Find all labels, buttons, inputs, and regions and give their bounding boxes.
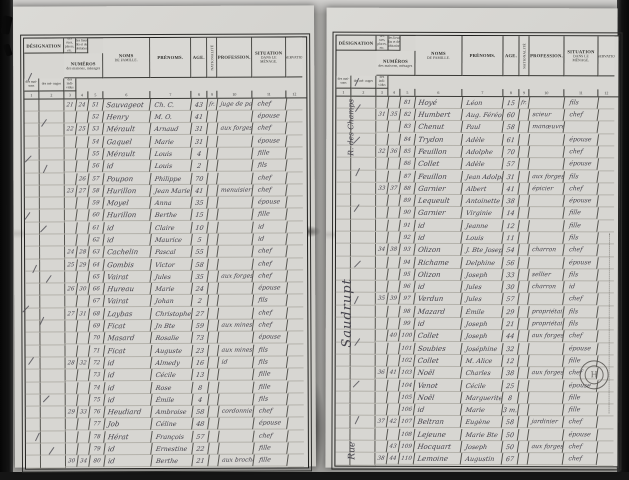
cell-age: 4 [191, 148, 209, 160]
cell-prenom: Céline [151, 418, 194, 430]
cell-situation: fils [563, 232, 599, 244]
cell-prenom: Joseph [461, 269, 504, 281]
cell-situation: fille [563, 392, 599, 404]
cell-profession [528, 404, 565, 416]
cell-nom-famille: Mérault [103, 148, 152, 161]
cell-age: 2 [191, 160, 209, 172]
census-row: 95OlizonJoseph33sellierfils [336, 269, 618, 282]
census-row: 94RichameDelphine56épouse [336, 256, 618, 269]
cell-nom-famille: Ficat [104, 320, 153, 333]
cell-profession [528, 392, 565, 404]
archives-stamp: H [580, 360, 609, 389]
cell-designation-lieux [41, 431, 66, 443]
cell-situation: épouse [563, 257, 599, 269]
cell-designation-rues [336, 195, 351, 207]
cell-profession [217, 221, 254, 233]
cell-nom-famille: id [414, 232, 463, 244]
cell-nom-famille: Hurillon [103, 209, 152, 222]
cell-observations [288, 381, 304, 393]
cell-age: 38 [502, 195, 520, 207]
census-row: 323685FeuillonAdolphe70chef [336, 146, 618, 159]
cell-nom-famille: id [103, 222, 152, 235]
cell-prenom: Joseph [461, 318, 504, 330]
cell-age: 31 [191, 123, 209, 135]
cell-age: 58 [191, 258, 209, 270]
cell-prenom: Ch. C. [150, 99, 193, 111]
cell-profession: sellier [528, 269, 565, 281]
cell-prenom: Christophe [151, 308, 194, 320]
header-prenoms: PRÉNOMS. [150, 38, 191, 78]
cell-situation: chef [252, 98, 288, 110]
cell-prenom: Maurice [150, 234, 193, 246]
cell-nom-famille: Hocquart [414, 441, 463, 453]
cell-situation: fils [253, 356, 289, 368]
cell-designation-lieux [41, 370, 66, 382]
cell-designation-lieux [40, 148, 65, 160]
cell-age: 60 [502, 109, 520, 121]
cell-prenom: Paul [461, 121, 504, 133]
cell-profession: aux mines [218, 344, 255, 356]
cell-designation-lieux [40, 161, 65, 173]
cell-situation: fils [563, 97, 599, 109]
cell-designation-rues [25, 148, 40, 160]
cell-prenom: Jules [461, 293, 504, 305]
cell-designation-rues [336, 207, 351, 219]
cell-age: 3 m. [502, 404, 520, 416]
cell-profession: aux broches [218, 455, 255, 467]
cell-prenom: M. Alice [461, 355, 504, 367]
cell-profession [217, 148, 254, 160]
cell-profession [217, 246, 254, 258]
cell-nom-famille: Trydon [414, 133, 463, 145]
cell-observations [288, 369, 304, 381]
cell-situation: fils [252, 160, 288, 172]
cell-nom-famille: Lejeune [414, 429, 463, 441]
header-nationalite: NATIONALITÉ [207, 38, 217, 78]
cell-designation-rues [336, 219, 351, 231]
cell-designation-lieux [41, 419, 66, 431]
cell-prenom: Marie [150, 283, 193, 295]
cell-nom-famille: Noël [414, 392, 463, 404]
header-age: AGE. [503, 36, 519, 76]
cell-profession: menuisier [217, 184, 254, 196]
cell-age: 31 [502, 171, 520, 183]
cell-prenom: Antoinette [461, 195, 504, 207]
cell-profession [217, 160, 254, 172]
header-num-menages: des mé- nages [39, 78, 64, 91]
cell-prenom: Jean Marie [150, 185, 193, 197]
header-numeros: NUMÉROS des maisons, ménages [376, 51, 415, 76]
cell-designation-rues [26, 456, 41, 468]
cell-situation: épouse [252, 135, 288, 147]
cell-age: 35 [191, 197, 209, 209]
census-row: 87FeuillonJean Adolphe31aux forgesfils [336, 170, 618, 183]
cell-observations [598, 171, 614, 183]
cell-designation-lieux [39, 111, 64, 123]
cell-profession: propriétaire [528, 318, 565, 330]
cell-age: 30 [502, 281, 520, 293]
census-row: 102ColletM. Alice12fille [336, 355, 618, 368]
cell-situation: fille [253, 442, 289, 454]
cell-prenom: Arnaud [150, 123, 193, 135]
cell-prenom: J. Bte Joseph [461, 244, 504, 256]
cell-prenom: François [151, 431, 194, 443]
cell-age: 50 [502, 441, 520, 453]
cell-observations [288, 406, 304, 418]
census-row: 81HoyéLéon15fr.fils [336, 96, 618, 109]
cell-nom-famille: Soubies [414, 343, 463, 355]
cell-observations [598, 220, 614, 232]
cell-observations [598, 109, 614, 121]
cell-age: 43 [191, 99, 209, 111]
cell-designation-rues [26, 394, 41, 406]
cell-profession: aux forges [528, 171, 565, 183]
cell-observations [286, 98, 302, 110]
header-designation-sub-rues: des rues, places, etc. [376, 36, 388, 51]
census-row: 84TrydonAdèle61épouse [336, 133, 618, 146]
table-body-left: 212451SauvageotCh. C.43fr.juge de paixch… [24, 98, 308, 468]
cell-nom-famille: id [104, 455, 153, 468]
cell-profession [528, 97, 565, 109]
cell-situation: chef [563, 417, 599, 429]
cell-profession: épicier [528, 183, 565, 195]
census-row: 54GaquelMarie31épouse [25, 135, 307, 149]
census-row: 2657PouponPhilippe70chef [25, 172, 307, 186]
cell-designation-lieux [40, 320, 65, 332]
census-row: 67VairatJohan2fils [25, 295, 307, 309]
cell-nom-famille: Heudiard [104, 406, 153, 419]
cell-observations [287, 332, 303, 344]
cell-age: 16 [192, 357, 210, 369]
cell-age: 50 [502, 429, 520, 441]
cell-designation-rues [25, 296, 40, 308]
census-row: 92idLouis11fils [336, 232, 618, 245]
cell-situation: fille [252, 209, 288, 221]
cell-designation-lieux [40, 247, 65, 259]
cell-situation: épouse [253, 332, 289, 344]
cell-profession [218, 443, 255, 455]
census-row: 242863CachelinPascal55chef [25, 246, 307, 260]
cell-designation-rues [25, 161, 40, 173]
header-num-individus: des indi- vidus [64, 78, 76, 91]
census-row: 313582HumbertAug. Féréol60scieurchef [336, 109, 618, 122]
cell-situation: fils [563, 171, 599, 183]
cell-situation: épouse [563, 343, 599, 355]
cell-designation-lieux [41, 443, 66, 455]
cell-designation-lieux [41, 456, 66, 468]
cell-prenom: Almedy [151, 357, 194, 369]
cell-designation-rues [26, 357, 41, 369]
cell-prenom: Marguerite [461, 392, 504, 404]
cell-designation-lieux [40, 210, 65, 222]
cell-nom-famille: Hoyé [414, 97, 463, 109]
cell-profession [528, 380, 565, 392]
census-row: 252964GombisVictor58chef [25, 258, 307, 272]
header-observations: OBSERVATIONS. [286, 37, 302, 77]
cell-designation-lieux [351, 158, 376, 170]
cell-nom-famille: Gaquel [103, 136, 152, 149]
cell-prenom: Augustin [461, 453, 504, 465]
census-row: 108LejeuneMarie Bte50épouse [335, 428, 617, 441]
census-row: 86ColletAdèle57épouse [336, 158, 618, 171]
cell-designation-lieux [40, 136, 65, 148]
table-header: DÉSIGNATION des rues, places, etc. des l… [336, 36, 618, 89]
cell-situation: épouse [563, 429, 599, 441]
cell-situation: fille [253, 381, 289, 393]
census-row: 71FicatAuguste23aux minesfils [25, 344, 307, 358]
cell-designation-lieux [41, 382, 66, 394]
cell-nom-famille: Poupon [103, 173, 152, 186]
cell-designation-rues [25, 124, 40, 136]
cell-nom-famille: Laybas [104, 308, 153, 321]
cell-numero-individu: 64 [88, 259, 105, 271]
cell-designation-rues [25, 185, 40, 197]
cell-prenom: Louis [461, 232, 504, 244]
header-designation-sub-lieux: des lieux dits et des habitations [76, 38, 88, 53]
cell-situation: chef [253, 320, 289, 332]
cell-situation: fils [563, 318, 599, 330]
cell-nom-famille: id [104, 369, 153, 382]
cell-age: 5 [191, 234, 209, 246]
cell-designation-rues [26, 382, 41, 394]
cell-designation-rues [335, 428, 350, 440]
cell-observations [287, 135, 303, 147]
cell-prenom: Charles [461, 367, 504, 379]
cell-designation-lieux [40, 345, 65, 357]
cell-nom-famille: Verdun [414, 293, 463, 305]
cell-designation-rues [25, 198, 40, 210]
margin-note-street-bottom: Rue [347, 442, 357, 460]
cell-nom-famille: Humbert [414, 109, 463, 121]
cell-profession [528, 355, 565, 367]
cell-nom-famille: id [414, 220, 463, 232]
cell-prenom: Joseph [461, 441, 504, 453]
cell-age: 27 [192, 308, 210, 320]
cell-profession [218, 332, 255, 344]
cell-nom-famille: Feuillon [414, 170, 463, 182]
cell-designation-lieux [40, 296, 65, 308]
census-row: 83ChenutPaul58manœuvre [336, 121, 618, 134]
cell-profession [217, 209, 254, 221]
cell-designation-lieux [40, 234, 65, 246]
census-row: 303480idBerthe21aux brochesfille [26, 455, 308, 469]
cell-prenom: Jules [461, 281, 504, 293]
cell-designation-lieux [351, 182, 376, 194]
cell-prenom: Émile [151, 394, 194, 406]
cell-age: 11 [502, 232, 520, 244]
cell-prenom: Louis [150, 160, 193, 172]
cell-prenom: Philippe [150, 172, 193, 184]
cell-prenom: Auguste [151, 345, 194, 357]
cell-situation: épouse [563, 134, 599, 146]
cell-prenom: Joseph [461, 330, 504, 342]
cell-observations [287, 283, 303, 295]
cell-situation: fille [253, 455, 289, 467]
census-page-right: DÉSIGNATION des rues, places, etc. des l… [325, 8, 617, 469]
cell-prenom: Adèle [461, 158, 504, 170]
cell-observations [287, 209, 303, 221]
census-row: 98MazardÉmile29propriétairefils [336, 305, 618, 318]
cell-profession [528, 294, 565, 306]
cell-designation-rues [336, 391, 351, 403]
cell-situation: chef [252, 184, 288, 196]
cell-age: 15 [502, 97, 520, 109]
cell-situation: fille [253, 369, 289, 381]
cell-nom-famille: id [414, 281, 463, 293]
cell-situation: épouse [252, 197, 288, 209]
cell-designation-rues [336, 367, 351, 379]
cell-age: 35 [191, 271, 209, 283]
cell-nom-famille: id [104, 394, 153, 407]
cell-designation-rues [336, 232, 351, 244]
cell-age: 55 [191, 246, 209, 258]
cell-situation: chef [563, 109, 599, 121]
cell-prenom: Virginie [461, 207, 504, 219]
cell-observations [598, 122, 614, 134]
cell-prenom: Delphine [461, 257, 504, 269]
cell-designation-rues [26, 444, 41, 456]
cell-situation: chef [563, 146, 599, 158]
cell-observations [287, 246, 303, 258]
cell-situation: épouse [563, 195, 599, 207]
cell-observations [287, 147, 303, 159]
census-row: 3742107BeltranEugène58jardinierchef [336, 416, 618, 429]
cell-nom-famille: id [104, 382, 153, 395]
header-num-individus: des indi- vidus [376, 76, 388, 89]
cell-age: 29 [502, 306, 520, 318]
cell-prenom: Jeanne [461, 220, 504, 232]
header-designation-sub-lieux: des lieux dits et des habitations [388, 36, 400, 51]
header-num-menages: des mé- nages [351, 76, 376, 89]
cell-age: 70 [191, 172, 209, 184]
cell-profession [528, 208, 565, 220]
cell-observations [287, 344, 303, 356]
cell-prenom: Marie [461, 404, 504, 416]
census-row: 105NoëlMarguerite8fille [336, 391, 618, 404]
cell-observations [287, 258, 303, 270]
cell-profession: aux mines [218, 320, 255, 332]
cell-observations [288, 393, 304, 405]
cell-observations [597, 454, 613, 466]
cell-observations [287, 172, 303, 184]
cell-designation-rues [25, 247, 40, 259]
cell-profession: aux forges [217, 123, 254, 135]
cell-prenom: Jn Bte [151, 320, 194, 332]
cell-age: 31 [191, 135, 209, 147]
cell-observations [598, 134, 614, 146]
cell-observations [287, 221, 303, 233]
cell-observations [598, 146, 614, 158]
cell-prenom: Cécile [151, 369, 194, 381]
cell-situation: chef [253, 430, 289, 442]
cell-situation: chef [563, 294, 599, 306]
cell-age: 73 [192, 332, 210, 344]
cell-profession [528, 429, 565, 441]
cell-observations [597, 429, 613, 441]
header-situation: SITUATIONDANS LE MÉNAGE. [252, 37, 286, 77]
cell-designation-lieux [351, 367, 376, 379]
header-age: AGE. [191, 38, 207, 78]
header-situation: SITUATIONDANS LE MÉNAGE. [564, 36, 598, 76]
census-row: 333788GarnierAlbert41épicierchef [336, 182, 618, 195]
cell-profession [217, 295, 254, 307]
cell-age: 25 [502, 380, 520, 392]
census-table-right: DÉSIGNATION des rues, places, etc. des l… [334, 35, 619, 467]
cell-nom-famille: Venot [414, 379, 463, 391]
cell-designation-lieux [40, 198, 65, 210]
cell-nom-famille: id [104, 357, 153, 370]
cell-profession [218, 393, 255, 405]
cell-profession [218, 418, 255, 430]
scanned-census-spread: DÉSIGNATION des rues, places, etc. des l… [0, 0, 629, 480]
cell-age: 23 [192, 344, 210, 356]
cell-situation: fils [563, 269, 599, 281]
cell-age: 4 [192, 394, 210, 406]
cell-profession: charron [528, 244, 565, 256]
cell-prenom: Cécile [461, 380, 504, 392]
cell-designation-rues [25, 136, 40, 148]
cell-situation: id [252, 221, 288, 233]
cell-profession: id [218, 357, 255, 369]
cell-designation-lieux [351, 256, 376, 268]
cell-designation-lieux [351, 232, 376, 244]
cell-situation: id [563, 281, 599, 293]
cell-situation: chef [563, 454, 599, 466]
cell-situation: chef [563, 183, 599, 195]
cell-observations [598, 195, 614, 207]
cell-age: 41 [191, 185, 209, 197]
cell-designation-lieux [351, 219, 376, 231]
cell-situation: fille [563, 404, 599, 416]
cell-observations [287, 123, 303, 135]
cell-observations [287, 196, 303, 208]
cell-designation-rues [336, 158, 351, 170]
header-profession: PROFESSION. [529, 36, 564, 76]
cell-designation-lieux [351, 244, 376, 256]
cell-nom-famille: Garnier [414, 207, 463, 219]
cell-profession [217, 234, 254, 246]
cell-prenom: Berthe [151, 455, 194, 467]
cell-nom-famille: Beltran [414, 416, 463, 428]
census-page-left: DÉSIGNATION des rues, places, etc. des l… [13, 5, 316, 467]
cell-designation-rues [25, 271, 40, 283]
cell-profession: jardinier [528, 417, 565, 429]
cell-profession [528, 195, 565, 207]
cell-observations [288, 455, 304, 467]
cell-observations [598, 159, 614, 171]
cell-profession [217, 135, 254, 147]
cell-nom-famille: Olizon [414, 269, 463, 281]
header-profession: PROFESSION. [217, 38, 252, 78]
cell-prenom: Marie Bte [461, 429, 504, 441]
cell-observations [288, 430, 304, 442]
cell-prenom: Adolphe [461, 146, 504, 158]
cell-situation: chef [563, 441, 599, 453]
cell-age: 41 [502, 183, 520, 195]
census-row: 70MasardRosalie73épouse [25, 332, 307, 346]
cell-profession [528, 343, 565, 355]
cell-designation-rues [336, 379, 351, 391]
cell-designation-lieux [39, 99, 64, 111]
cell-observations [288, 442, 304, 454]
cell-designation-lieux [351, 379, 376, 391]
cell-prenom: Rose [151, 381, 194, 393]
cell-designation-lieux [350, 428, 375, 440]
cell-profession [217, 111, 254, 123]
cell-nom-famille: Collet [414, 158, 463, 170]
cell-observations [288, 356, 304, 368]
cell-designation-lieux [40, 124, 65, 136]
